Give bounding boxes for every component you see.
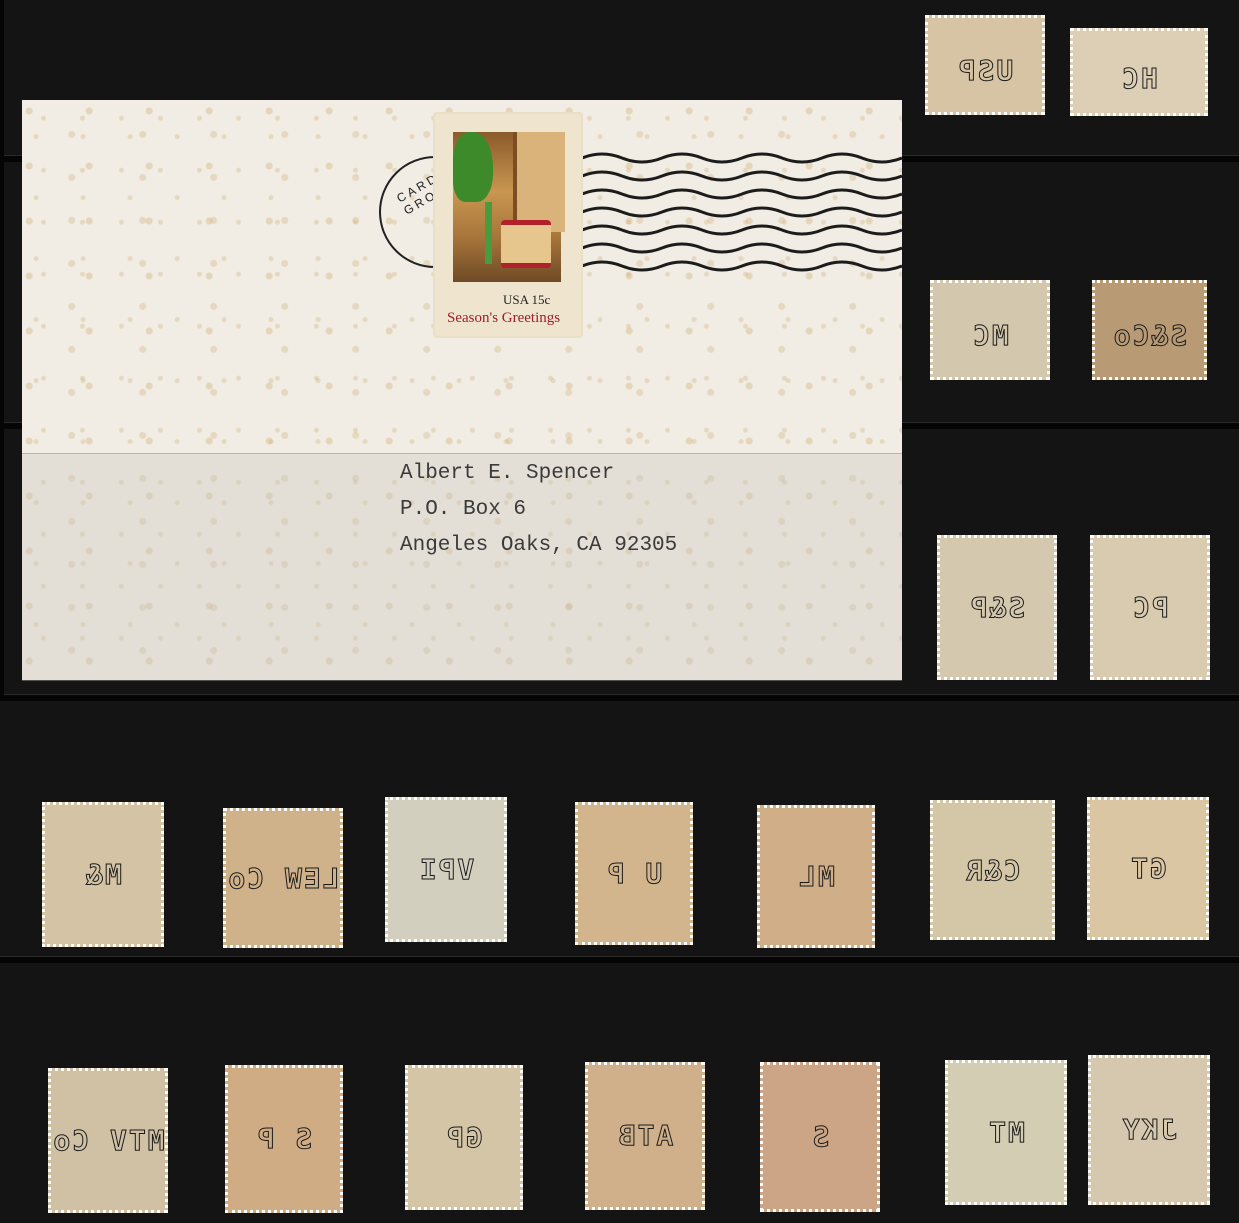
perfin-stamp: PC — [1090, 535, 1210, 680]
strip-divider — [0, 956, 1239, 963]
perfin-stamp: JKY — [1088, 1055, 1210, 1205]
perfin-stamp: GT — [1087, 797, 1209, 940]
perfin-letters: M& — [45, 858, 161, 891]
perfin-letters: USP — [928, 54, 1042, 87]
stamp-artwork — [453, 132, 561, 282]
perfin-stamp: VPI — [385, 797, 507, 942]
address-line-city: Angeles Oaks, CA 92305 — [400, 528, 677, 564]
perfin-stamp: S&P — [937, 535, 1057, 680]
album-left-edge — [0, 0, 4, 700]
perfin-stamp: HC — [1070, 28, 1208, 116]
perfin-stamp: MC — [930, 280, 1050, 380]
perfin-stamp: S — [760, 1062, 880, 1212]
candle-illustration — [485, 202, 492, 264]
stamp-denomination: USA 15c — [503, 292, 550, 308]
perfin-letters: ML — [760, 860, 872, 893]
perfin-letters: MTV Co — [51, 1124, 165, 1157]
seasons-greetings-stamp: USA 15c Season's Greetings — [435, 114, 581, 336]
stamp-caption: Season's Greetings — [447, 310, 560, 327]
perfin-letters: S&Co — [1095, 319, 1204, 352]
perfin-stamp: C&R — [930, 800, 1055, 940]
window-illustration — [513, 132, 565, 232]
perfin-stamp: USP — [925, 15, 1045, 115]
postal-cover: CARDEN GROV USA 15c Season's Greetings A… — [22, 100, 902, 680]
perfin-letters: C&R — [933, 854, 1052, 887]
perfin-stamp: U P — [575, 802, 693, 945]
perfin-stamp: ML — [757, 805, 875, 948]
wavy-cancel-lines — [582, 148, 902, 278]
recipient-address: Albert E. Spencer P.O. Box 6 Angeles Oak… — [400, 456, 677, 564]
strip-divider — [0, 694, 1239, 701]
perfin-letters: GT — [1090, 852, 1206, 885]
perfin-letters: GP — [408, 1121, 520, 1154]
perfin-stamp: M& — [42, 802, 164, 947]
perfin-stamp: MT — [945, 1060, 1067, 1205]
perfin-stamp: MTV Co — [48, 1068, 168, 1213]
perfin-letters: JKY — [1091, 1113, 1207, 1146]
perfin-letters: MC — [933, 319, 1047, 352]
greenery-illustration — [453, 132, 493, 202]
perfin-stamp: S P — [225, 1065, 343, 1213]
address-line-name: Albert E. Spencer — [400, 456, 677, 492]
perfin-letters: PC — [1093, 591, 1207, 624]
perfin-letters: ATB — [588, 1119, 702, 1152]
perfin-letters: HC — [1073, 62, 1205, 95]
perfin-stamp: GP — [405, 1065, 523, 1210]
perfin-letters: MT — [948, 1116, 1064, 1149]
perfin-stamp: S&Co — [1092, 280, 1207, 380]
drum-illustration — [501, 220, 551, 268]
perfin-stamp: LEW Co — [223, 808, 343, 948]
perfin-letters: U P — [578, 857, 690, 890]
perfin-stamp: ATB — [585, 1062, 705, 1210]
address-line-box: P.O. Box 6 — [400, 492, 677, 528]
perfin-letters: S P — [228, 1122, 340, 1155]
perfin-letters: S — [763, 1120, 877, 1153]
perfin-letters: LEW Co — [226, 862, 340, 895]
perfin-letters: VPI — [388, 853, 504, 886]
perfin-letters: S&P — [940, 591, 1054, 624]
